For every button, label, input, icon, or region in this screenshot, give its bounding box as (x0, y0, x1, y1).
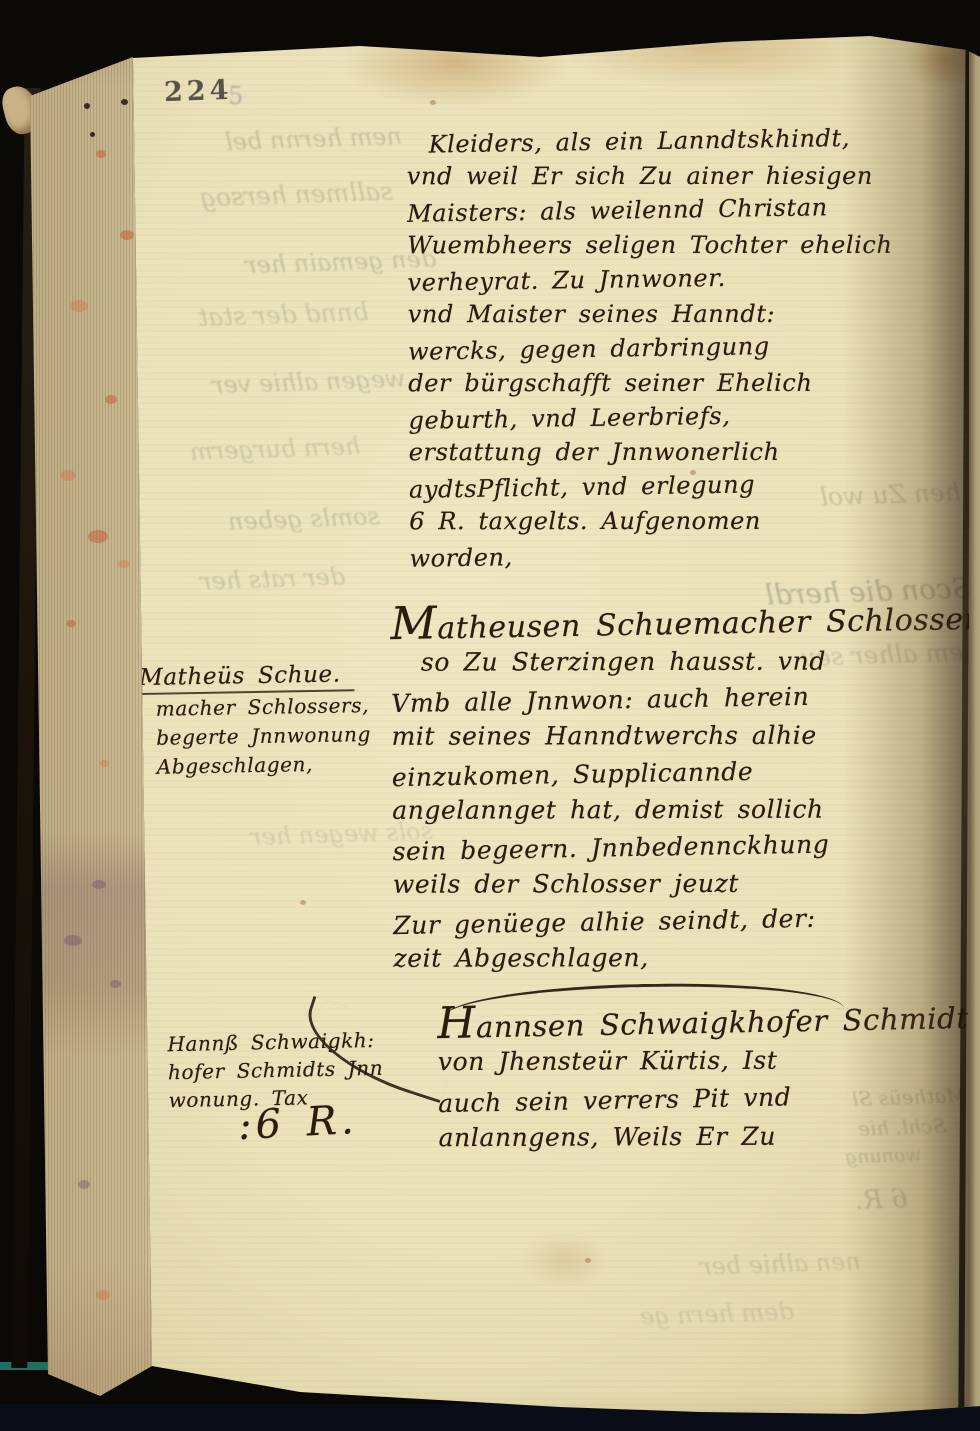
edge-speckle (96, 1290, 110, 1300)
edge-speckle (66, 620, 76, 627)
edge-speckle (92, 880, 106, 889)
edge-speckle (100, 760, 109, 767)
edge-speckle (64, 935, 82, 946)
edge-speckle (60, 470, 76, 481)
ink-dot (121, 99, 128, 105)
edge-speckle (118, 560, 130, 568)
edge-speckle (88, 530, 108, 543)
facing-page-sliver (969, 0, 980, 1431)
edge-speckle (70, 300, 88, 312)
edge-speckle (105, 395, 117, 404)
edge-speckle (78, 1180, 90, 1189)
ink-dot (84, 103, 90, 109)
ink-dot (90, 132, 95, 137)
edge-speckle (110, 980, 121, 988)
manuscript-photo: { "document": { "type": "manuscript-page… (0, 0, 980, 1431)
edge-speckle (120, 230, 134, 240)
edge-speckle (96, 150, 106, 158)
